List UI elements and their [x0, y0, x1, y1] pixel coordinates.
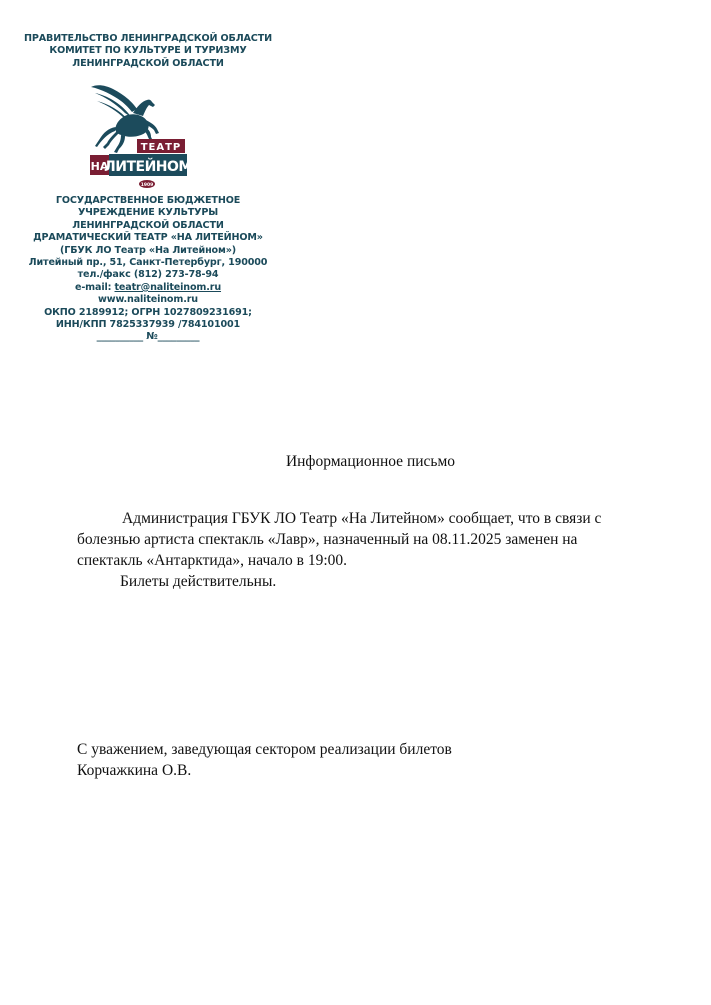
- signature-name: Корчажкина О.В.: [77, 760, 577, 781]
- letterhead-government: ПРАВИТЕЛЬСТВО ЛЕНИНГРАДСКОЙ ОБЛАСТИ КОМИ…: [18, 33, 278, 70]
- document-number-line: __________ №_________: [18, 331, 278, 343]
- organization-details: ГОСУДАРСТВЕННОЕ БЮДЖЕТНОЕ УЧРЕЖДЕНИЕ КУЛ…: [18, 195, 278, 344]
- org-email-line: e-mail: teatr@naliteinom.ru: [18, 282, 278, 294]
- body-paragraph: Администрация ГБУК ЛО Театр «На Литейном…: [77, 508, 637, 571]
- government-line: ПРАВИТЕЛЬСТВО ЛЕНИНГРАДСКОЙ ОБЛАСТИ: [18, 33, 278, 45]
- website-link[interactable]: www.naliteinom.ru: [18, 294, 278, 306]
- document-body: Администрация ГБУК ЛО Театр «На Литейном…: [77, 508, 637, 592]
- org-registry-inn: ИНН/КПП 7825337939 /784101001: [18, 319, 278, 331]
- region-line: ЛЕНИНГРАДСКОЙ ОБЛАСТИ: [18, 58, 278, 70]
- email-link[interactable]: teatr@naliteinom.ru: [115, 282, 222, 293]
- logo-teatr-text: ТЕАТР: [141, 142, 182, 153]
- org-registry-okpo: ОКПО 2189912; ОГРН 1027809231691;: [18, 307, 278, 319]
- org-phone: тел./факс (812) 273-78-94: [18, 269, 278, 281]
- logo-liteinom-text: ЛИТЕЙНОМ: [104, 158, 191, 175]
- document-title: Информационное письмо: [0, 453, 711, 471]
- signature-block: С уважением, заведующая сектором реализа…: [77, 739, 577, 781]
- theatre-logo: ТЕАТР НА ЛИТЕЙНОМ 1909: [87, 83, 191, 191]
- org-line: ЛЕНИНГРАДСКОЙ ОБЛАСТИ: [18, 220, 278, 232]
- org-short-name: (ГБУК ЛО Театр «На Литейном»): [18, 245, 278, 257]
- org-full-name: ДРАМАТИЧЕСКИЙ ТЕАТР «НА ЛИТЕЙНОМ»: [18, 232, 278, 244]
- email-label: e-mail:: [75, 282, 115, 293]
- org-line: УЧРЕЖДЕНИЕ КУЛЬТУРЫ: [18, 207, 278, 219]
- org-line: ГОСУДАРСТВЕННОЕ БЮДЖЕТНОЕ: [18, 195, 278, 207]
- body-paragraph: Билеты действительны.: [77, 571, 637, 592]
- org-address: Литейный пр., 51, Санкт-Петербург, 19000…: [18, 257, 278, 269]
- logo-year-text: 1909: [141, 182, 154, 188]
- committee-line: КОМИТЕТ ПО КУЛЬТУРЕ И ТУРИЗМУ: [18, 45, 278, 57]
- signature-closing: С уважением, заведующая сектором реализа…: [77, 739, 577, 760]
